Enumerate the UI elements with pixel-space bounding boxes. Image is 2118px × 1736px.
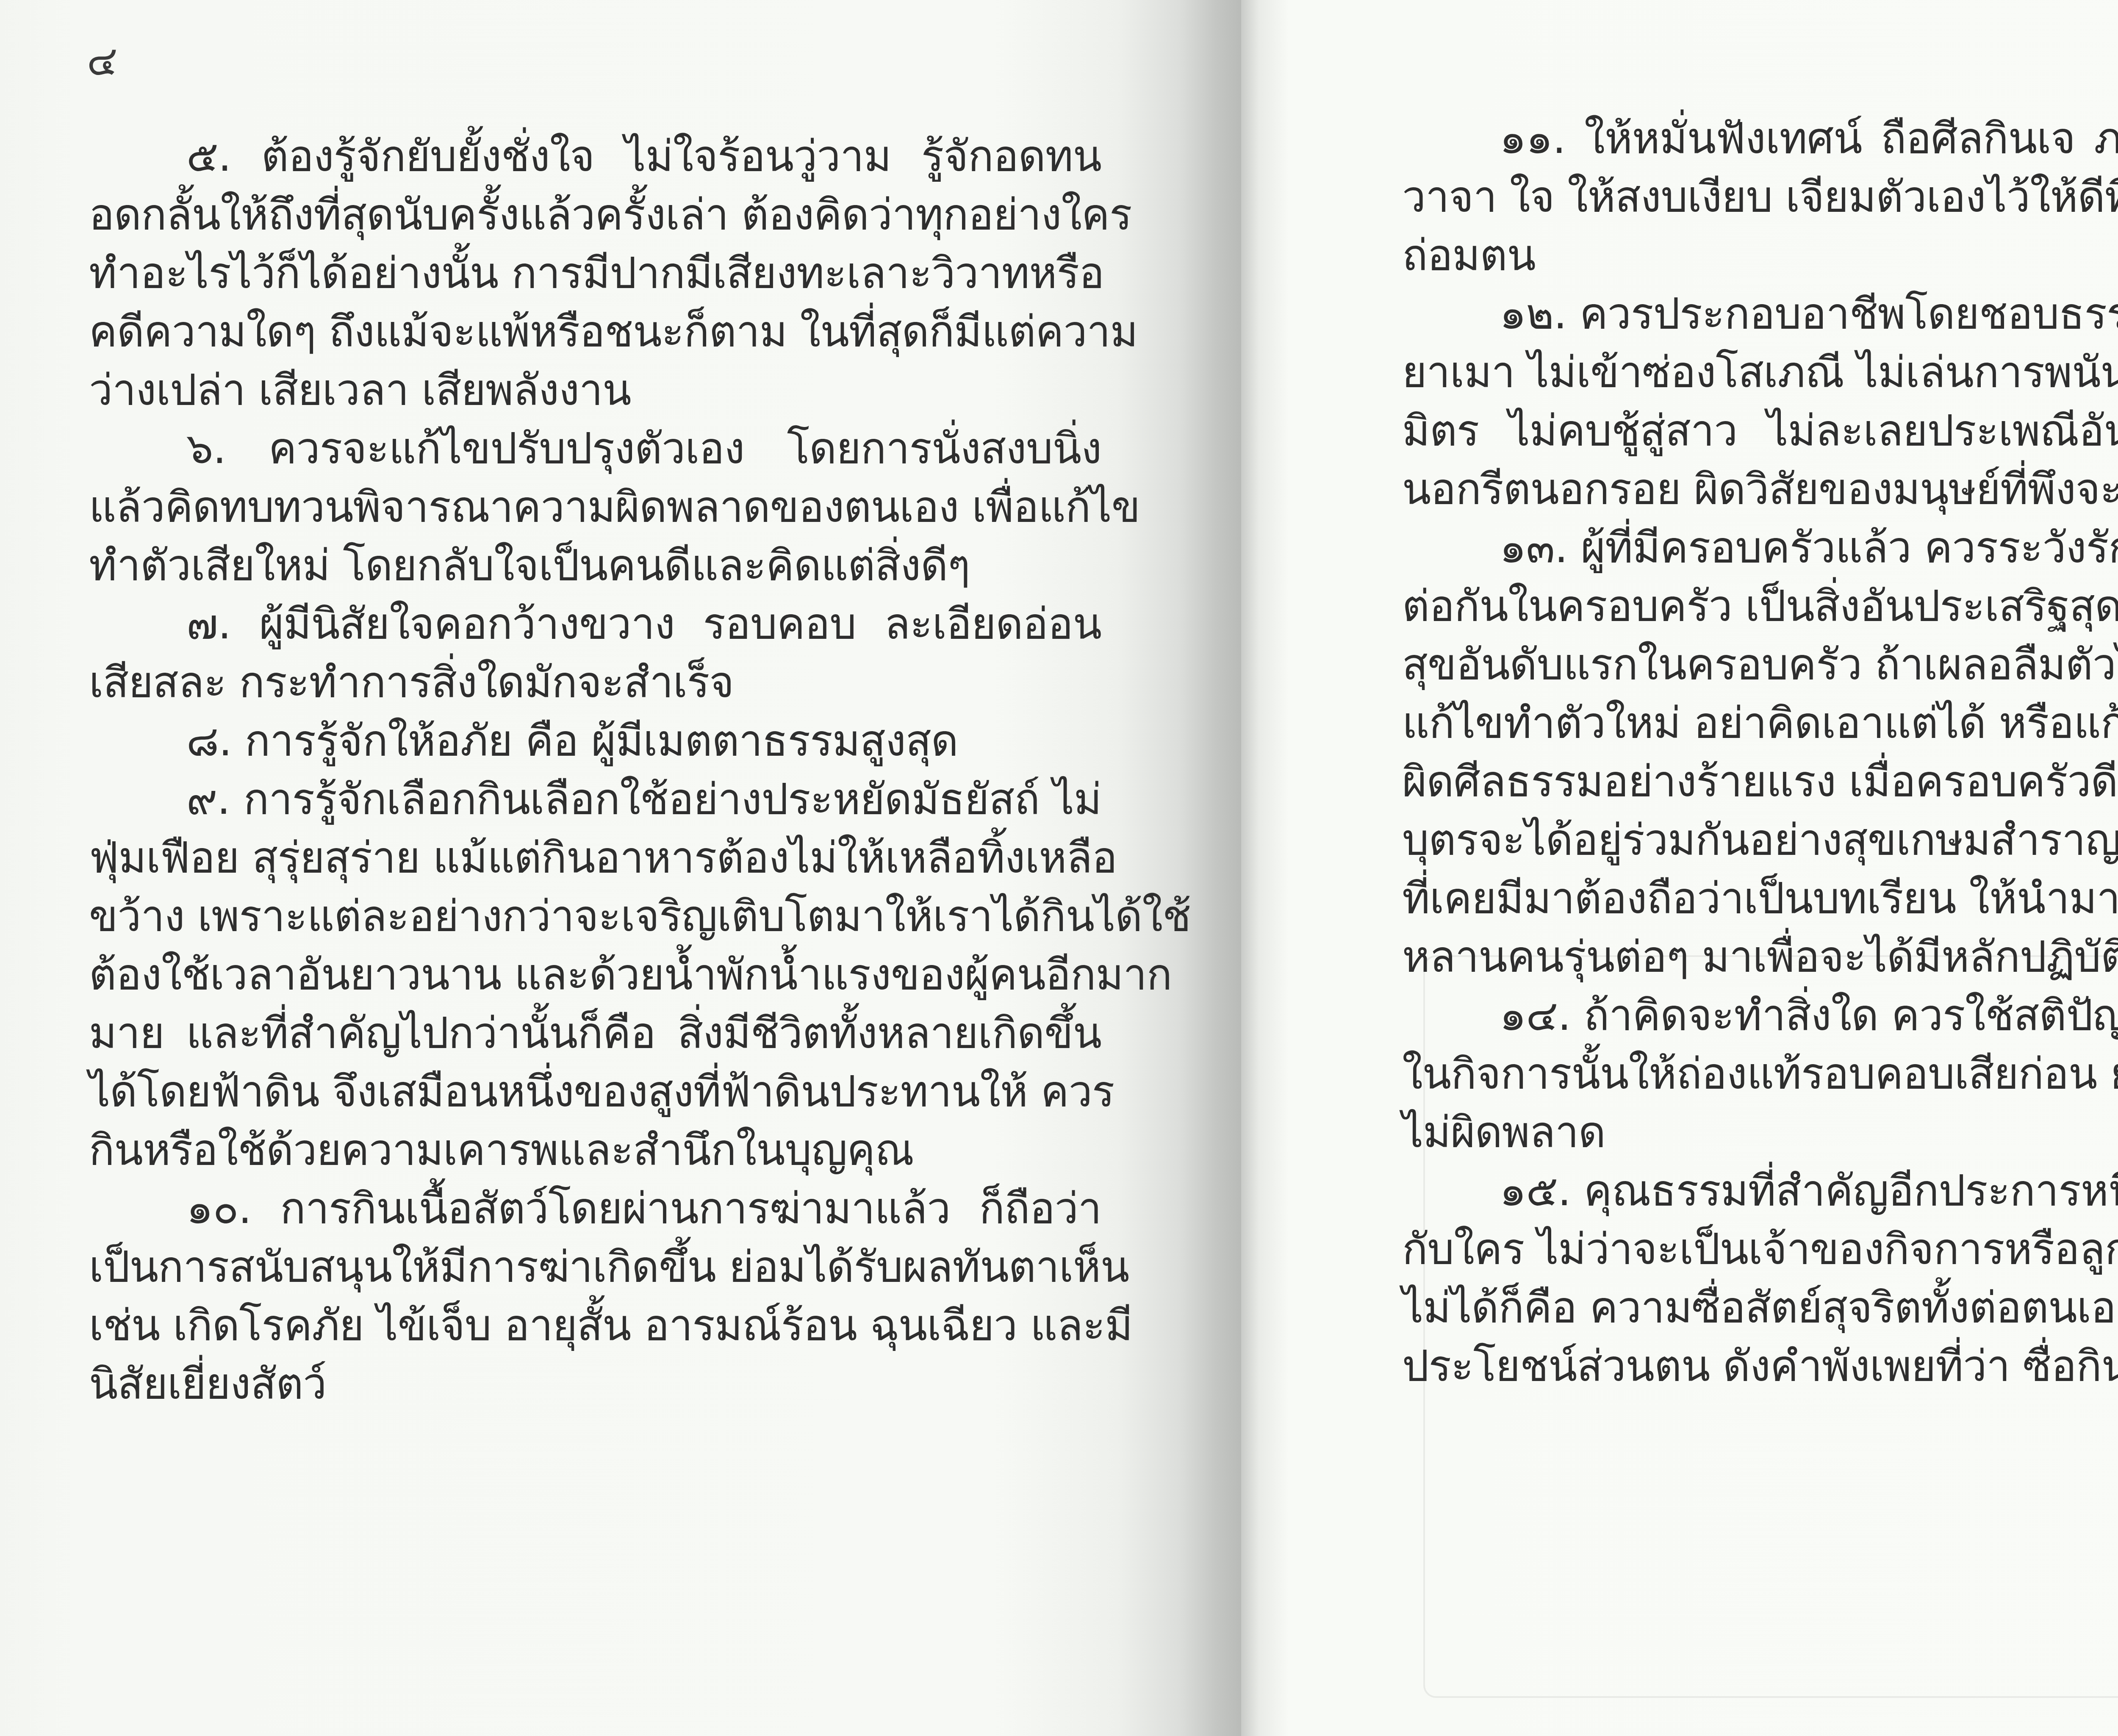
text-line: ๑๓. ผู้ที่มีครอบครัวแล้ว ควรระวังรักษาคว… [1402,519,2118,577]
text-line: ขว้าง เพราะแต่ละอย่างกว่าจะเจริญเติบโตมา… [89,887,1101,946]
text-line: หลานคนรุ่นต่อๆ มาเพื่อจะได้มีหลักปฏิบัติ [1402,928,2118,986]
text-line: ฟุ่มเฟือย สุรุ่ยสุร่าย แม้แต่กินอาหารต้อ… [89,829,1101,887]
text-line: วาจา ใจ ให้สงบเงียบ เจียมตัวเองไว้ให้ดีท… [1402,168,2118,226]
text-line: ทำตัวเสียใหม่ โดยกลับใจเป็นคนดีและคิดแต่… [89,536,1101,595]
text-line: ถ่อมตน [1402,226,2118,285]
right-page-body: ๑๑. ให้หมั่นฟังเทศน์ ถือศีลกินเจ ภาวนา ร… [1402,109,2118,1395]
text-line: แล้วคิดทบทวนพิจารณาความผิดพลาดของตนเอง เ… [89,478,1101,536]
text-line: นอกรีตนอกรอย ผิดวิสัยของมนุษย์ที่พึงจะกร… [1402,460,2118,519]
text-line: คดีความใดๆ ถึงแม้จะแพ้หรือชนะก็ตาม ในที่… [89,302,1101,361]
text-line: มาย และที่สำคัญไปกว่านั้นก็คือ สิ่งมีชีว… [89,1004,1101,1062]
text-line: ๘. การรู้จักให้อภัย คือ ผู้มีเมตตาธรรมสู… [89,712,1101,770]
text-line: เช่น เกิดโรคภัย ไข้เจ็บ อายุสั้น อารมณ์ร… [89,1296,1101,1355]
text-line: อดกลั้นให้ถึงที่สุดนับครั้งแล้วครั้งเล่า… [89,186,1101,244]
left-page-body: ๕. ต้องรู้จักยับยั้งชั่งใจ ไม่ใจร้อนวู่ว… [89,127,1101,1413]
text-line: ไม่ได้ก็คือ ความซื่อสัตย์สุจริตทั้งต่อตน… [1402,1278,2118,1337]
text-line: ๑๐. การกินเนื้อสัตว์โดยผ่านการฆ่ามาแล้ว … [89,1179,1101,1238]
book-spread: ๔ ๕. ต้องรู้จักยับยั้งชั่งใจ ไม่ใจร้อนวู… [0,0,2118,1736]
text-line: ที่เคยมีมาต้องถือว่าเป็นบทเรียน ให้นำมาอ… [1402,869,2118,928]
text-line: ๗. ผู้มีนิสัยใจคอกว้างขวาง รอบคอบ ละเอีย… [89,595,1101,653]
text-line: แก้ไขทำตัวใหม่ อย่าคิดเอาแต่ได้ หรือแก้ต… [1402,694,2118,752]
text-line: นิสัยเยี่ยงสัตว์ [89,1355,1101,1413]
text-line: ๑๑. ให้หมั่นฟังเทศน์ ถือศีลกินเจ ภาวนา ร… [1402,109,2118,168]
text-line: มิตร ไม่คบชู้สู่สาว ไม่ละเลยประเพณีอันดี… [1402,402,2118,460]
text-line: ผิดศีลธรรมอย่างร้ายแรง เมื่อครอบครัวดี ส… [1402,752,2118,811]
text-line: บุตรจะได้อยู่ร่วมกันอย่างสุขเกษมสำราญ คว… [1402,811,2118,869]
text-line: กับใคร ไม่ว่าจะเป็นเจ้าของกิจการหรือลูกจ… [1402,1220,2118,1278]
text-line: ยาเมา ไม่เข้าซ่องโสเภณี ไม่เล่นการพนัน ไ… [1402,343,2118,402]
text-line: เป็นการสนับสนุนให้มีการฆ่าเกิดขึ้น ย่อมไ… [89,1238,1101,1296]
text-line: ว่างเปล่า เสียเวลา เสียพลังงาน [89,361,1101,419]
text-line: ประโยชน์ส่วนตน ดังคำพังเพยที่ว่า ซื่อกิน… [1402,1337,2118,1395]
text-line: ๖. ควรจะแก้ไขปรับปรุงตัวเอง โดยการนั่งสง… [89,419,1101,478]
text-line: ทำอะไรไว้ก็ได้อย่างนั้น การมีปากมีเสียงท… [89,244,1101,302]
left-page: ๔ ๕. ต้องรู้จักยับยั้งชั่งใจ ไม่ใจร้อนวู… [0,0,1241,1736]
text-line: ต่อกันในครอบครัว เป็นสิ่งอันประเสริฐสุด … [1402,577,2118,635]
text-line: สุขอันดับแรกในครอบครัว ถ้าเผลอลืมตัวไม่ป… [1402,635,2118,694]
text-line: เสียสละ กระทำการสิ่งใดมักจะสำเร็จ [89,653,1101,712]
text-line: กินหรือใช้ด้วยความเคารพและสำนึกในบุญคุณ [89,1121,1101,1179]
text-line: ไม่ผิดพลาด [1402,1103,2118,1162]
text-line: ๑๕. คุณธรรมที่สำคัญอีกประการหนึ่ง ที่จะค… [1402,1162,2118,1220]
page-number: ๔ [87,40,118,81]
text-line: ในกิจการนั้นให้ถ่องแท้รอบคอบเสียก่อน ย่อ… [1402,1045,2118,1103]
text-line: ๑๒. ควรประกอบอาชีพโดยชอบธรรมสุจริต ไม่ดื… [1402,285,2118,343]
text-line: ๕. ต้องรู้จักยับยั้งชั่งใจ ไม่ใจร้อนวู่ว… [89,127,1101,186]
text-line: ๙. การรู้จักเลือกกินเลือกใช้อย่างประหยัด… [89,770,1101,829]
text-line: ๑๔. ถ้าคิดจะทำสิ่งใด ควรใช้สติปัญญาไตร่ต… [1402,986,2118,1045]
text-line: ได้โดยฟ้าดิน จึงเสมือนหนึ่งของสูงที่ฟ้าด… [89,1062,1101,1121]
right-page: ๕ ๑๑. ให้หมั่นฟังเทศน์ ถือศีลกินเจ ภาวนา… [1241,0,2118,1736]
text-line: ต้องใช้เวลาอันยาวนาน และด้วยน้ำพักน้ำแรง… [89,946,1101,1004]
